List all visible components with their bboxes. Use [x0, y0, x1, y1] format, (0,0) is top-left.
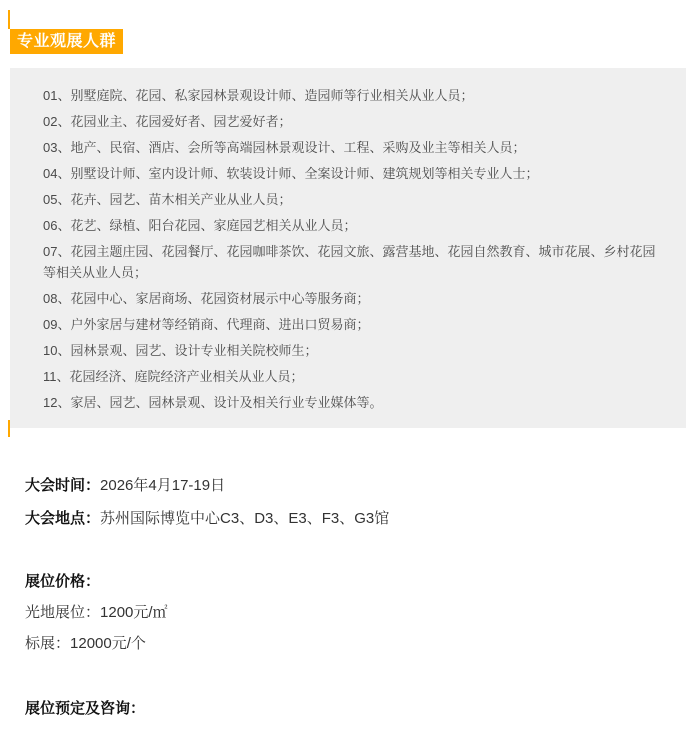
section-badge-audience: 专业观展人群 — [10, 29, 123, 54]
audience-item: 01、别墅庭院、花园、私家园林景观设计师、造园师等行业相关从业人员； — [43, 85, 666, 106]
audience-item: 03、地产、民宿、酒店、会所等高端园林景观设计、工程、采购及业主等相关人员； — [43, 137, 666, 158]
raw-space-price-label: 光地展位： — [25, 604, 100, 621]
event-venue-value: 苏州国际博览中心C3、D3、E3、F3、G3馆 — [100, 510, 389, 527]
audience-item: 09、户外家居与建材等经销商、代理商、进出口贸易商； — [43, 314, 666, 335]
audience-item: 05、花卉、园艺、苗木相关产业从业人员； — [43, 189, 666, 210]
booking-heading: 展位预定及咨询： — [25, 697, 145, 718]
booth-price-heading: 展位价格： — [25, 570, 100, 591]
audience-item: 11、花园经济、庭院经济产业相关从业人员； — [43, 366, 666, 387]
audience-item: 07、花园主题庄园、花园餐厅、花园咖啡茶饮、花园文旅、露营基地、花园自然教育、城… — [43, 241, 666, 283]
raw-space-price-value: 1200元/㎡ — [100, 604, 168, 621]
raw-space-price-line: 光地展位：1200元/㎡ — [25, 601, 168, 622]
audience-item: 08、花园中心、家居商场、花园资材展示中心等服务商； — [43, 288, 666, 309]
accent-tick-top — [8, 10, 10, 29]
event-venue-label: 大会地点： — [25, 510, 100, 527]
audience-item: 10、园林景观、园艺、设计专业相关院校师生； — [43, 340, 666, 361]
event-venue-line: 大会地点：苏州国际博览中心C3、D3、E3、F3、G3馆 — [25, 507, 389, 528]
audience-list-panel: 01、别墅庭院、花园、私家园林景观设计师、造园师等行业相关从业人员； 02、花园… — [10, 68, 686, 428]
audience-item: 06、花艺、绿植、阳台花园、家庭园艺相关从业人员； — [43, 215, 666, 236]
audience-item: 04、别墅设计师、室内设计师、软装设计师、全案设计师、建筑规划等相关专业人士； — [43, 163, 666, 184]
standard-booth-price-label: 标展： — [25, 635, 70, 652]
event-date-value: 2026年4月17-19日 — [100, 477, 225, 494]
standard-booth-price-line: 标展：12000元/个 — [25, 632, 146, 653]
audience-item: 12、家居、园艺、园林景观、设计及相关行业专业媒体等。 — [43, 392, 666, 413]
audience-item: 02、花园业主、花园爱好者、园艺爱好者； — [43, 111, 666, 132]
standard-booth-price-value: 12000元/个 — [70, 635, 146, 652]
event-date-line: 大会时间：2026年4月17-19日 — [25, 474, 225, 495]
event-date-label: 大会时间： — [25, 477, 100, 494]
